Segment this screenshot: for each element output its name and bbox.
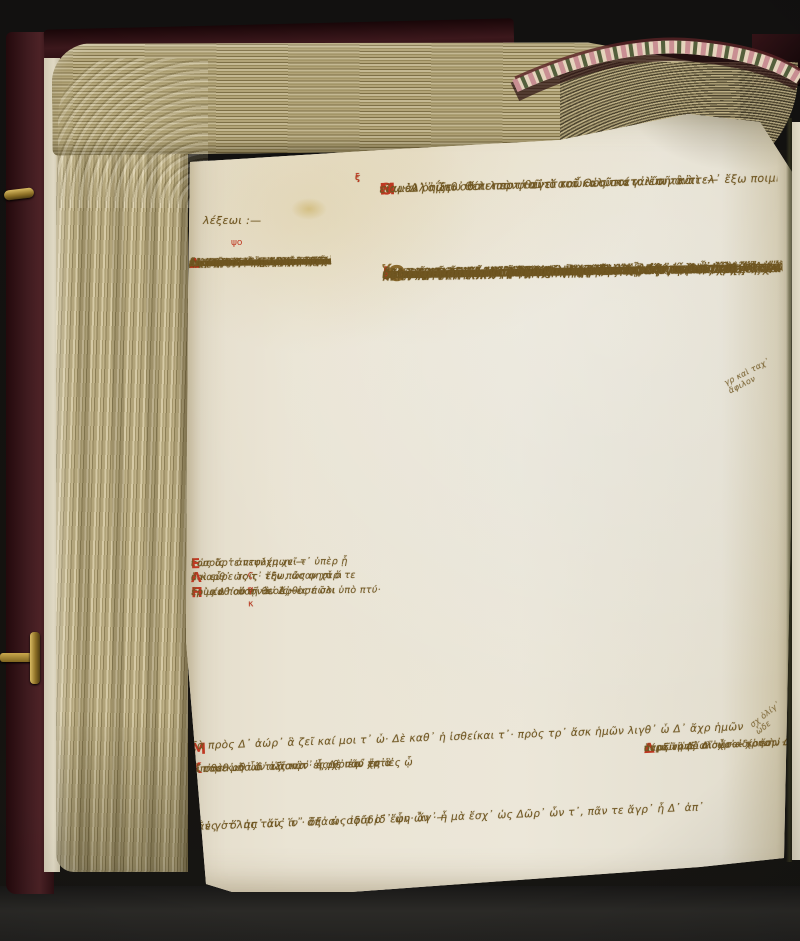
faded-ornament [291, 198, 327, 220]
lexicon-entries: Εἰ ὡς ἄρ᾽ ἀνεψύχη χεῖ τ᾽ ὑπὲρ ᾗ τοσοῖς τ… [191, 555, 362, 601]
rubric-heading-mark: ψο [231, 238, 242, 248]
facing-page-sliver [792, 122, 800, 860]
left-text-column: Δ᾽ ἔσαν θύλακες ὡς φήμης μαδ᾽ ἧκα ἰδὲ λα… [189, 255, 335, 553]
rubric-entry-mark: κ [191, 599, 310, 612]
manuscript-photo: ϛξϛ Μτὰ μὲν ῥημηθ᾽ ὅ τι περ φθέγεται ὦ· … [0, 0, 800, 941]
manuscript-page: ϛξϛ Μτὰ μὲν ῥημηθ᾽ ὅ τι περ φθέγεται ὦ· … [183, 110, 795, 892]
column-heading: λέξεωι :— [203, 214, 261, 227]
table-surface [0, 886, 800, 941]
clasp-pin-bottom-post [30, 632, 40, 684]
right-text-column: ὰ οἱ τὰ πτερὸ τότ᾽ ἦν, τὸ τὸ Δὲ γ᾽ ἄστυ·… [382, 255, 789, 731]
lexicon-entry: Ηἔρ᾽ καθ᾽ ὅσον κ᾽ ἔφθασέ σοι τοὺς Δ᾽ αὐτ… [191, 584, 361, 601]
endband-stitching [0, 0, 800, 130]
header-scholia-block: Μτὰ μὲν ῥημηθ᾽ ὅ τι περ φθέγεται ὦ· ὡς σ… [379, 168, 779, 243]
